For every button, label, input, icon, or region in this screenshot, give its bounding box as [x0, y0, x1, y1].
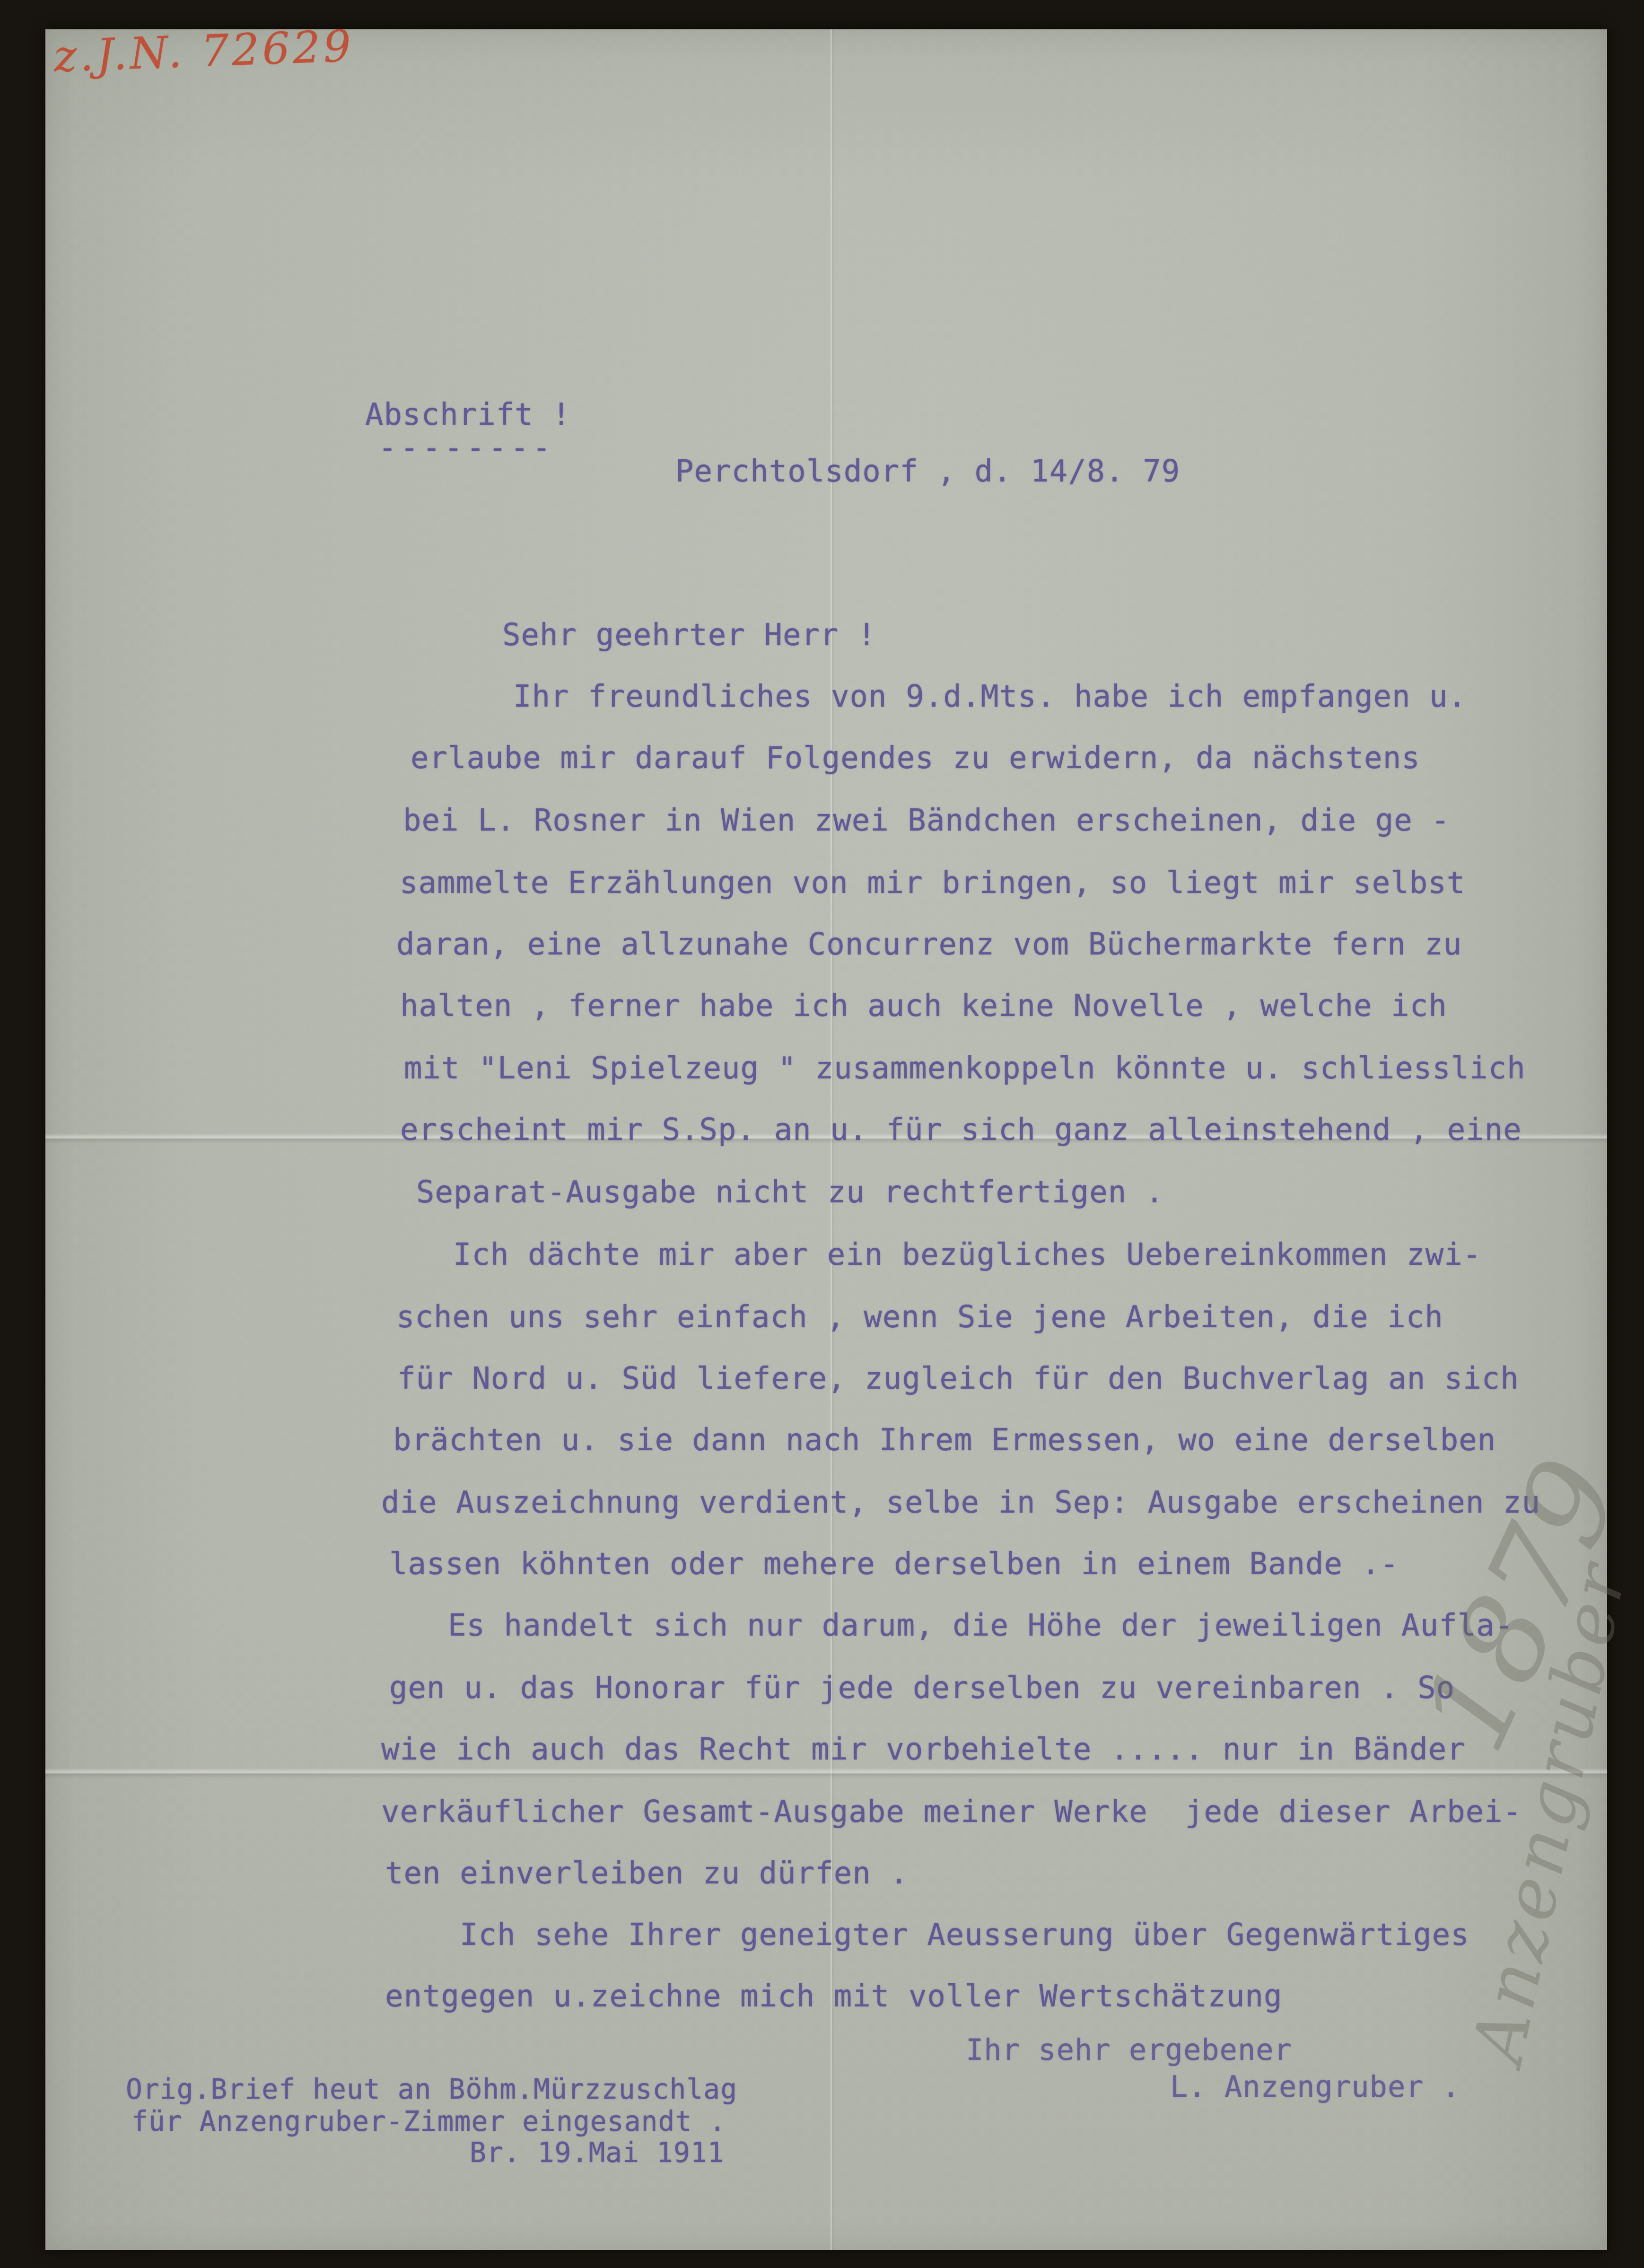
- archival-note-line: Orig.Brief heut an Böhm.Mürzzuschlag: [126, 2075, 737, 2105]
- letter-line: halten , ferner habe ich auch keine Nove…: [400, 990, 1447, 1023]
- letter-line: gen u. das Honorar für jede derselben zu…: [389, 1672, 1455, 1705]
- letter-line: brächten u. sie dann nach Ihrem Ermessen…: [393, 1424, 1496, 1457]
- letter-line: daran, eine allzunahe Concurrenz vom Büc…: [396, 928, 1462, 961]
- letter-line: Ich sehe Ihrer geneigter Aeusserung über…: [460, 1918, 1469, 1952]
- letter-line: Ich dächte mir aber ein bezügliches Uebe…: [453, 1238, 1481, 1271]
- archive-number-annotation: z.J.N. 72629: [53, 21, 355, 82]
- copy-label-underline: --------: [378, 431, 554, 464]
- letter-line: lassen köhnten oder mehere derselben in …: [389, 1548, 1399, 1581]
- dateline: Perchtolsdorf , d. 14/8. 79: [675, 455, 1180, 488]
- letter-line: Separat-Ausgabe nicht zu rechtfertigen .: [416, 1176, 1164, 1209]
- letter-line: Es handelt sich nur darum, die Höhe der …: [448, 1609, 1513, 1642]
- copy-label: Abschrift !: [365, 398, 571, 431]
- archival-note-line: Br. 19.Mai 1911: [470, 2138, 725, 2168]
- letter-line: erlaube mir darauf Folgendes zu erwidern…: [411, 742, 1420, 775]
- closing-line: Ihr sehr ergebener: [966, 2034, 1292, 2066]
- salutation: Sehr geehrter Herr !: [502, 619, 876, 652]
- letter-line: sammelte Erzählungen von mir bringen, so…: [400, 867, 1465, 900]
- letter-line: schen uns sehr einfach , wenn Sie jene A…: [396, 1301, 1443, 1334]
- scanned-letter-page: z.J.N. 72629 Abschrift ! -------- Percht…: [0, 0, 1644, 2268]
- archival-note-line: für Anzengruber-Zimmer eingesandt .: [131, 2107, 726, 2137]
- letter-line: verkäuflicher Gesamt-Ausgabe meiner Werk…: [381, 1795, 1522, 1829]
- letter-line: bei L. Rosner in Wien zwei Bändchen ersc…: [403, 804, 1450, 837]
- letter-line: ten einverleiben zu dürfen .: [385, 1857, 909, 1890]
- letter-line: für Nord u. Süd liefere, zugleich für de…: [397, 1362, 1519, 1395]
- letter-line: mit "Leni Spielzeug " zusammenkoppeln kö…: [404, 1052, 1526, 1085]
- signature: L. Anzengruber .: [1170, 2071, 1460, 2103]
- letter-line: die Auszeichnung verdient, selbe in Sep:…: [381, 1486, 1540, 1519]
- letter-line: Ihr freundliches von 9.d.Mts. habe ich e…: [513, 680, 1467, 713]
- letter-line: entgegen u.zeichne mich mit voller Werts…: [385, 1980, 1283, 2013]
- letter-line: erscheint mir S.Sp. an u. für sich ganz …: [400, 1113, 1522, 1147]
- letter-line: wie ich auch das Recht mir vorbehielte .…: [381, 1733, 1466, 1766]
